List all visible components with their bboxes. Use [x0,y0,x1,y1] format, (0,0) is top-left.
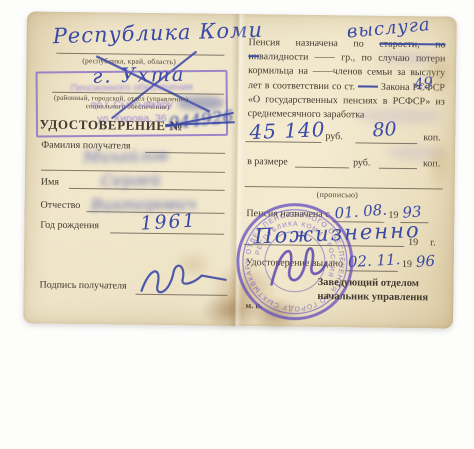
left-page: Республика Коми (республика, край, облас… [23,11,239,326]
line-g-label: г. [430,237,436,248]
amount-rubles-handwritten: 45 140 [249,117,326,144]
assignment-article-blank: —— [358,81,378,92]
pension-certificate-document: Республика Коми (республика, край, облас… [23,11,457,328]
rule [379,168,417,169]
surname-handwritten: Михайлов [83,146,168,167]
photo-background: Республика Коми (республика, край, облас… [0,0,474,449]
size-label: в размере [247,156,288,167]
issued-year-handwritten: 96 [415,252,435,271]
rule [295,167,349,169]
birth-year-handwritten: 1961 [140,210,198,235]
rub-label: руб. [325,131,342,142]
signature-label: Подпись получателя [40,280,127,292]
certificate-label: УДОСТОВЕРЕНИЕ № [39,117,183,135]
stain [174,249,214,279]
name-label: Имя [41,177,59,188]
patronymic-label: Отчество [40,200,80,211]
official-title-line1: Заведующий отделом [318,277,419,289]
size-rub-label: руб. [353,157,370,168]
official-title-line2: начальник управления [317,291,428,303]
name-handwritten: Сергей [101,170,161,190]
issued-date-handwritten: 02. 11. [347,250,400,271]
address-stamp-line1: Пенсионного обеспечения [38,82,226,95]
rule [355,142,417,144]
birth-year-label: Год рождения [40,220,99,232]
stamp-ghost [356,107,442,124]
issued-year-printed: 19 [402,259,412,270]
